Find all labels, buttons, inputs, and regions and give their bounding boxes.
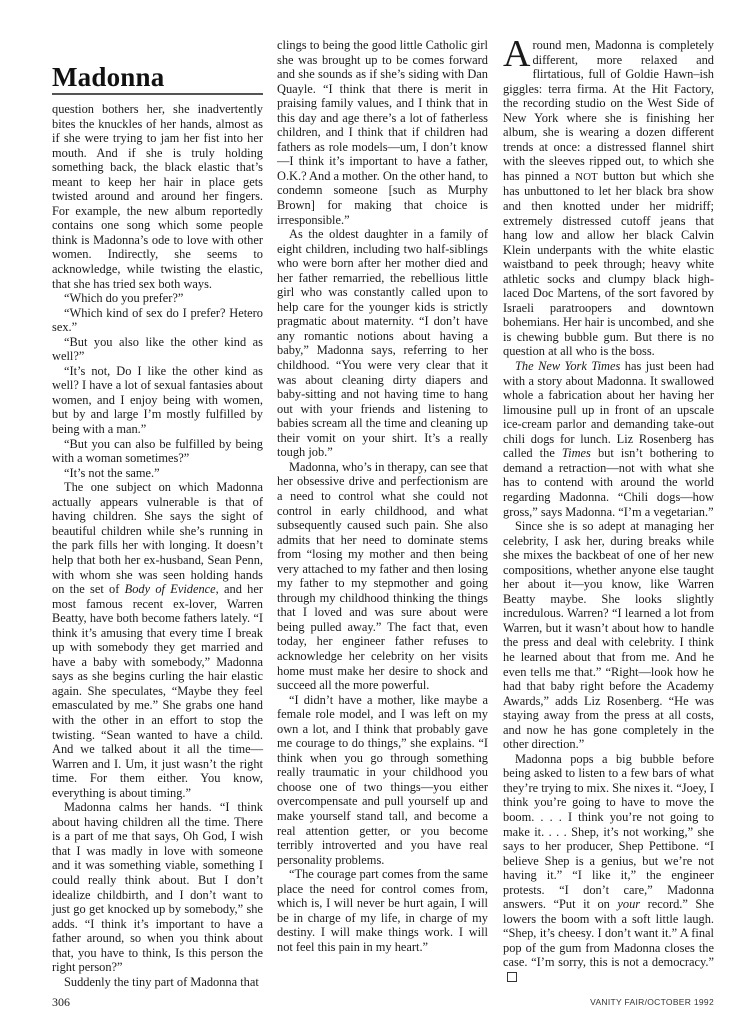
paragraph-text: Madonna pops a big bubble before being a…	[503, 752, 714, 911]
paragraph: “Which kind of sex do I prefer? Hetero s…	[52, 306, 263, 335]
text-column-1: question bothers her, she inadvertently …	[52, 102, 263, 989]
publication-italic: The New York Times	[515, 359, 620, 373]
paragraph: As the oldest daughter in a family of ei…	[277, 227, 488, 460]
small-caps-text: NOT	[575, 171, 598, 183]
paragraph: Since she is so adept at managing her ce…	[503, 519, 714, 752]
paragraph: “Which do you prefer?”	[52, 291, 263, 306]
paragraph-text: The one subject on which Madonna actuall…	[52, 480, 263, 596]
title-rule-divider	[52, 93, 263, 95]
page-number: 306	[52, 995, 70, 1010]
paragraph: “The courage part comes from the same pl…	[277, 867, 488, 954]
paragraph: The New York Times has just been had wit…	[503, 359, 714, 519]
paragraph: question bothers her, she inadvertently …	[52, 102, 263, 291]
publication-italic: Times	[562, 446, 591, 460]
film-title-italic: Body of Evidence	[125, 582, 216, 596]
paragraph: “But you can also be fulfilled by being …	[52, 437, 263, 466]
drop-cap: A	[503, 39, 530, 69]
paragraph: Madonna, who’s in therapy, can see that …	[277, 460, 488, 693]
end-mark-icon	[507, 972, 517, 982]
paragraph: clings to being the good little Catholic…	[277, 38, 488, 227]
paragraph: “I didn’t have a mother, like maybe a fe…	[277, 693, 488, 868]
paragraph: “It’s not, Do I like the other kind as w…	[52, 364, 263, 437]
paragraph: Around men, Madonna is completely differ…	[503, 38, 714, 359]
emphasis-italic: your	[617, 897, 640, 911]
paragraph: Madonna pops a big bubble before being a…	[503, 752, 714, 985]
paragraph: The one subject on which Madonna actuall…	[52, 480, 263, 800]
text-column-3: Around men, Madonna is completely differ…	[503, 38, 714, 985]
footer-credit: VANITY FAIR/OCTOBER 1992	[590, 997, 714, 1007]
paragraph-text: button but which she has unbuttoned to l…	[503, 169, 714, 359]
paragraph: Madonna calms her hands. “I think about …	[52, 800, 263, 975]
paragraph-text: has just been had with a story about Mad…	[503, 359, 714, 460]
paragraph-text: , and her most famous recent ex-lover, W…	[52, 582, 263, 800]
article-title: Madonna	[52, 62, 164, 92]
paragraph: “But you also like the other kind as wel…	[52, 335, 263, 364]
paragraph-text: round men, Madonna is completely differe…	[503, 38, 714, 183]
paragraph: Suddenly the tiny part of Madonna that	[52, 975, 263, 990]
paragraph: “It’s not the same.”	[52, 466, 263, 481]
text-column-2: clings to being the good little Catholic…	[277, 38, 488, 954]
